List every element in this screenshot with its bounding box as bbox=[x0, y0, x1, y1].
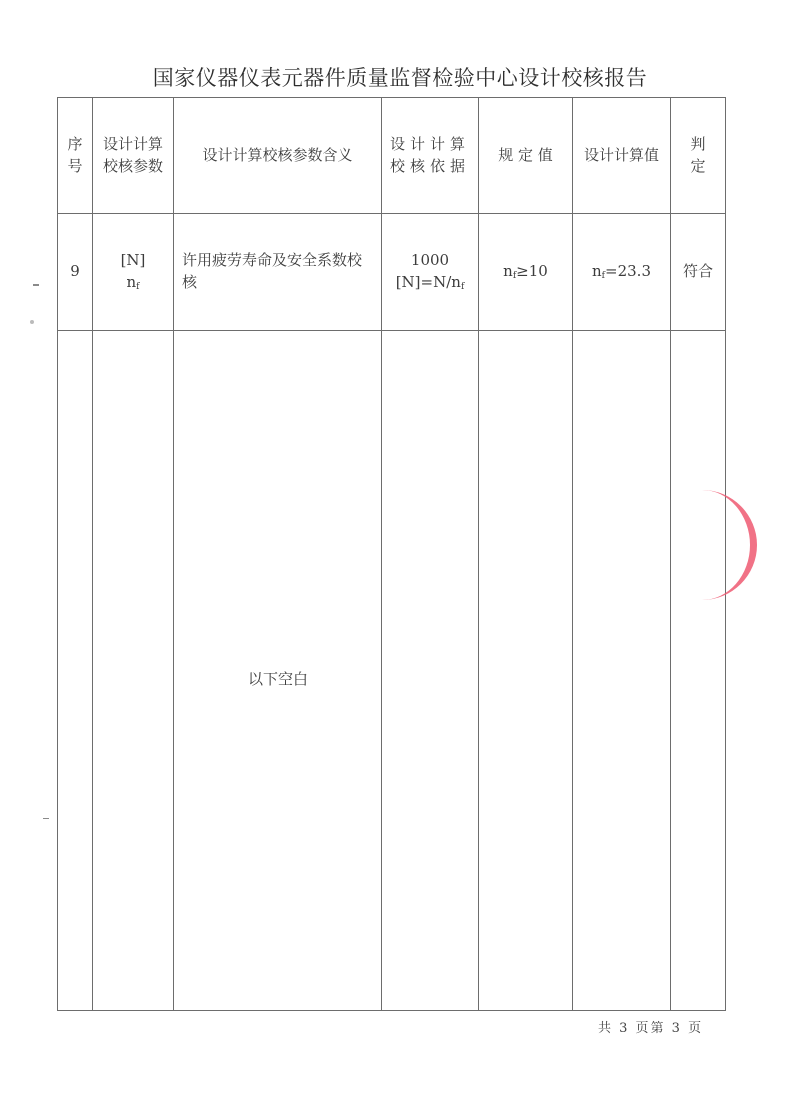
header-basis-line1: 设计计算 bbox=[390, 135, 470, 153]
calculated-rest: =23.3 bbox=[605, 262, 651, 280]
blank-row: 以下空白 bbox=[58, 331, 726, 1011]
header-calculated: 设计计算值 bbox=[573, 98, 671, 214]
header-index-line2: 号 bbox=[67, 157, 82, 175]
header-specified: 规 定 值 bbox=[479, 98, 573, 214]
header-basis: 设计计算 校核依据 bbox=[382, 98, 479, 214]
header-meaning: 设计计算校核参数含义 bbox=[174, 98, 382, 214]
header-index: 序 号 bbox=[58, 98, 93, 214]
check-report-table: 序 号 设计计算 校核参数 设计计算校核参数含义 设计计算 校核依据 规 定 值… bbox=[57, 97, 726, 1011]
param-line2-sub: f bbox=[136, 282, 139, 292]
scan-mark bbox=[33, 284, 39, 286]
blank-cell bbox=[58, 331, 93, 1011]
specified-base: n bbox=[503, 262, 513, 280]
calculated-base: n bbox=[592, 262, 602, 280]
header-index-line1: 序 bbox=[67, 135, 82, 153]
scan-mark bbox=[30, 320, 34, 324]
page-footer: 共 3 页第 3 页 bbox=[598, 1017, 703, 1036]
table-header-row: 序 号 设计计算 校核参数 设计计算校核参数含义 设计计算 校核依据 规 定 值… bbox=[58, 98, 726, 214]
blank-cell-note: 以下空白 bbox=[174, 331, 382, 1011]
blank-cell bbox=[671, 331, 726, 1011]
cell-meaning: 许用疲劳寿命及安全系数校核 bbox=[174, 214, 382, 331]
basis-line2-base: [N]=N/n bbox=[396, 273, 461, 291]
param-line1: [N] bbox=[121, 251, 146, 269]
cell-index: 9 bbox=[58, 214, 93, 331]
blank-cell bbox=[382, 331, 479, 1011]
header-verdict-line1: 判 bbox=[690, 135, 705, 153]
header-param-line2: 校核参数 bbox=[103, 157, 163, 175]
cell-specified: nf≥10 bbox=[479, 214, 573, 331]
cell-verdict: 符合 bbox=[671, 214, 726, 331]
cell-basis: 1000 [N]=N/nf bbox=[382, 214, 479, 331]
param-line2-base: n bbox=[126, 273, 136, 291]
specified-rest: ≥10 bbox=[516, 262, 548, 280]
basis-line2-sub: f bbox=[461, 282, 464, 292]
cell-param: [N] nf bbox=[93, 214, 174, 331]
blank-note: 以下空白 bbox=[174, 669, 381, 691]
header-verdict-line2: 定 bbox=[690, 157, 705, 175]
header-param: 设计计算 校核参数 bbox=[93, 98, 174, 214]
blank-cell bbox=[93, 331, 174, 1011]
table-row: 9 [N] nf 许用疲劳寿命及安全系数校核 1000 [N]=N/nf nf≥… bbox=[58, 214, 726, 331]
basis-line1: 1000 bbox=[411, 251, 449, 269]
blank-cell bbox=[479, 331, 573, 1011]
blank-cell bbox=[573, 331, 671, 1011]
header-basis-line2: 校核依据 bbox=[390, 157, 470, 175]
header-param-line1: 设计计算 bbox=[103, 135, 163, 153]
cell-calculated: nf=23.3 bbox=[573, 214, 671, 331]
header-verdict: 判 定 bbox=[671, 98, 726, 214]
report-title: 国家仪器仪表元器件质量监督检验中心设计校核报告 bbox=[150, 62, 650, 92]
seal-stamp-edge bbox=[690, 490, 757, 600]
scan-mark bbox=[43, 818, 49, 819]
